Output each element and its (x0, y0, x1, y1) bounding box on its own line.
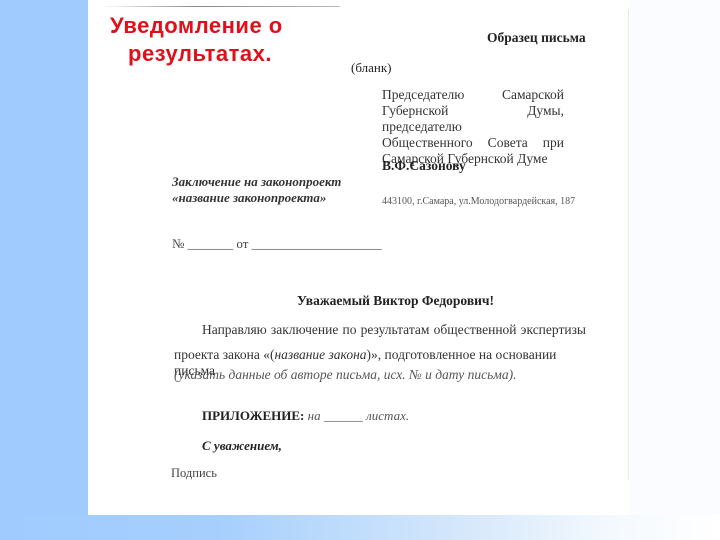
slide-title-line1: Уведомление о (110, 13, 283, 38)
subject-line1: Заключение на законопроект (172, 174, 341, 190)
recipient-line: Председателю Самарской (382, 87, 564, 103)
document-edge-line (628, 10, 629, 480)
right-decor-area (630, 0, 720, 515)
letterhead-label: (бланк) (351, 60, 391, 76)
attachment-text: на ______ листах. (308, 408, 409, 423)
document-panel (88, 0, 630, 515)
recipient-name: В.Ф.Сазонову (382, 158, 466, 174)
number-date-field: № _______ от ____________________ (172, 236, 382, 252)
recipient-address: 443100, г.Самара, ул.Молодогвардейская, … (382, 196, 575, 207)
salutation: Уважаемый Виктор Федорович! (297, 293, 494, 309)
left-decor-strip (0, 0, 88, 540)
body-line3: (указать данные об авторе письма, исх. №… (174, 367, 586, 383)
signature: Подпись (171, 466, 217, 481)
attachment-label: ПРИЛОЖЕНИЕ: (202, 408, 304, 423)
law-name-placeholder: название закона (274, 347, 366, 362)
top-rule (100, 6, 340, 7)
slide-title: Уведомление о результатах. (110, 12, 283, 68)
sample-label: Образец письма (487, 30, 586, 46)
recipient-line: Общественного Совета при (382, 135, 564, 151)
body-line1: Направляю заключение по результатам обще… (174, 322, 586, 338)
recipient-line: Губернской Думы, председателю (382, 103, 564, 135)
bottom-gradient-band (0, 515, 720, 540)
attachment-line: ПРИЛОЖЕНИЕ: на ______ листах. (202, 408, 409, 424)
body-line2-start: проекта закона «( (174, 347, 274, 362)
recipient-block: Председателю Самарской Губернской Думы, … (382, 87, 564, 167)
closing: С уважением, (202, 438, 282, 454)
subject-line2: «название законопроекта» (172, 190, 326, 206)
slide-title-line2: результатах. (110, 40, 283, 68)
